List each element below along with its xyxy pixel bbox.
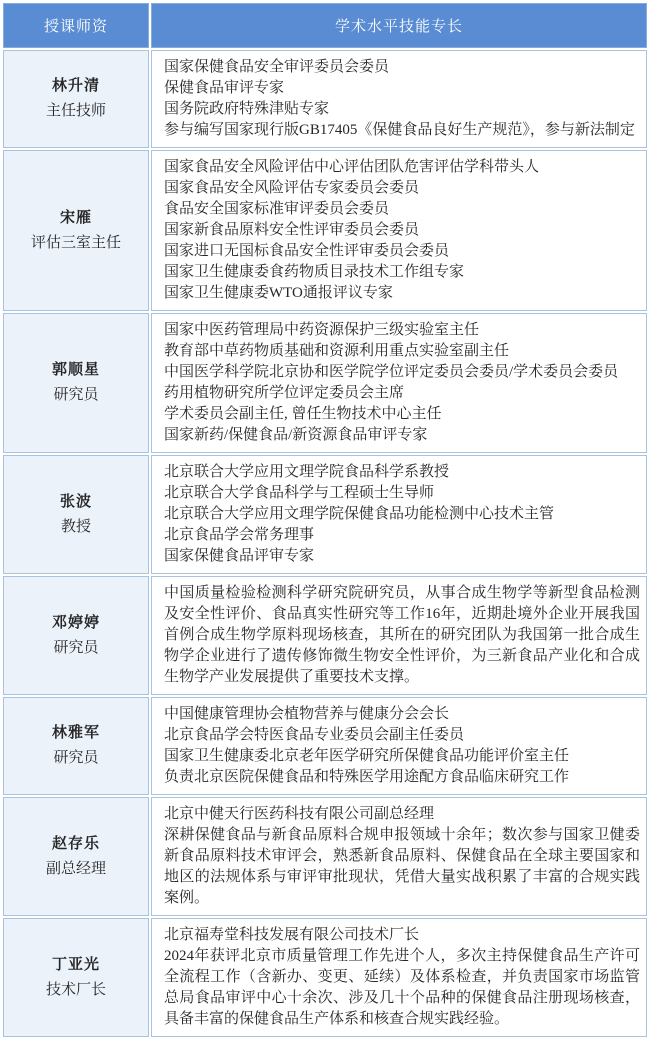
expertise-paragraph: 2024年获评北京市质量管理工作先进个人，多次主持保健食品生产许可全流程工作（含…: [164, 946, 640, 1030]
expertise-item: 国家保健食品评审专家: [164, 546, 640, 567]
faculty-row: 林雅军研究员中国健康管理协会植物营养与健康分会会长北京食品学会特医食品专业委员会…: [3, 697, 647, 795]
faculty-name-cell: 丁亚光技术厂长: [3, 918, 149, 1037]
expertise-cell: 中国质量检验检测科学研究院研究员，从事合成生物学等新型食品检测及安全性评价、食品…: [151, 576, 647, 695]
faculty-row: 丁亚光技术厂长北京福寿堂科技发展有限公司技术厂长2024年获评北京市质量管理工作…: [3, 918, 647, 1037]
expertise-item: 国家卫生健康委北京老年医学研究所保健食品功能评价室主任: [164, 746, 640, 767]
faculty-name: 林雅军: [8, 721, 144, 746]
faculty-name: 张波: [8, 490, 144, 515]
expertise-item: 北京福寿堂科技发展有限公司技术厂长: [164, 925, 640, 946]
faculty-name: 丁亚光: [8, 953, 144, 978]
expertise-cell: 国家保健食品安全审评委员会委员保健食品审评专家国务院政府特殊津贴专家参与编写国家…: [151, 50, 647, 148]
expertise-item: 教育部中草药物质基础和资源利用重点实验室副主任: [164, 341, 640, 362]
expertise-item: 国家卫生健康委食药物质目录技术工作组专家: [164, 262, 640, 283]
expertise-cell: 北京联合大学应用文理学院食品科学系教授北京联合大学食品科学与工程硕士生导师北京联…: [151, 455, 647, 574]
page: 授课师资 学术水平技能专长 林升清主任技师国家保健食品安全审评委员会委员保健食品…: [0, 0, 650, 1040]
faculty-table: 授课师资 学术水平技能专长 林升清主任技师国家保健食品安全审评委员会委员保健食品…: [1, 1, 649, 1039]
expertise-item: 中国健康管理协会植物营养与健康分会会长: [164, 704, 640, 725]
expertise-item: 北京食品学会常务理事: [164, 525, 640, 546]
faculty-row: 邓婷婷研究员中国质量检验检测科学研究院研究员，从事合成生物学等新型食品检测及安全…: [3, 576, 647, 695]
expertise-item: 负责北京医院保健食品和特殊医学用途配方食品临床研究工作: [164, 767, 640, 788]
faculty-name: 林升清: [8, 74, 144, 99]
expertise-item: 国家中医药管理局中药资源保护三级实验室主任: [164, 320, 640, 341]
faculty-job-title: 教授: [8, 515, 144, 540]
expertise-paragraph: 深耕保健食品与新食品原料合规申报领域十余年；数次参与国家卫健委新食品原料技术审评…: [164, 825, 640, 909]
expertise-cell: 国家中医药管理局中药资源保护三级实验室主任教育部中草药物质基础和资源利用重点实验…: [151, 313, 647, 453]
faculty-row: 林升清主任技师国家保健食品安全审评委员会委员保健食品审评专家国务院政府特殊津贴专…: [3, 50, 647, 148]
expertise-item: 国务院政府特殊津贴专家: [164, 99, 640, 120]
expertise-item: 国家新食品原料安全性评审委员会委员: [164, 220, 640, 241]
expertise-item: 中国医学科学院北京协和医学院学位评定委员会委员/学术委员会委员: [164, 362, 640, 383]
faculty-job-title: 研究员: [8, 746, 144, 771]
expertise-item: 参与编写国家现行版GB17405《保健食品良好生产规范》，参与新法制定: [164, 120, 640, 141]
expertise-item: 国家食品安全风险评估专家委员会委员: [164, 178, 640, 199]
faculty-name-cell: 郭顺星研究员: [3, 313, 149, 453]
faculty-name-cell: 赵存乐副总经理: [3, 797, 149, 916]
faculty-name: 郭顺星: [8, 358, 144, 383]
table-header: 授课师资 学术水平技能专长: [3, 3, 647, 48]
faculty-job-title: 研究员: [8, 636, 144, 661]
faculty-job-title: 研究员: [8, 383, 144, 408]
expertise-cell: 北京福寿堂科技发展有限公司技术厂长2024年获评北京市质量管理工作先进个人，多次…: [151, 918, 647, 1037]
expertise-item: 北京联合大学应用文理学院保健食品功能检测中心技术主管: [164, 504, 640, 525]
faculty-name-cell: 林雅军研究员: [3, 697, 149, 795]
faculty-name: 赵存乐: [8, 832, 144, 857]
faculty-name: 邓婷婷: [8, 611, 144, 636]
faculty-row: 郭顺星研究员国家中医药管理局中药资源保护三级实验室主任教育部中草药物质基础和资源…: [3, 313, 647, 453]
expertise-item: 国家进口无国标食品安全性评审委员会委员: [164, 241, 640, 262]
faculty-job-title: 主任技师: [8, 99, 144, 124]
header-expertise-column: 学术水平技能专长: [151, 3, 647, 48]
expertise-item: 学术委员会副主任, 曾任生物技术中心主任: [164, 404, 640, 425]
header-faculty-column: 授课师资: [3, 3, 149, 48]
expertise-item: 北京中健天行医药科技有限公司副总经理: [164, 804, 640, 825]
faculty-job-title: 技术厂长: [8, 978, 144, 1003]
expertise-paragraph: 中国质量检验检测科学研究院研究员，从事合成生物学等新型食品检测及安全性评价、食品…: [164, 583, 640, 688]
expertise-item: 国家保健食品安全审评委员会委员: [164, 57, 640, 78]
expertise-cell: 北京中健天行医药科技有限公司副总经理深耕保健食品与新食品原料合规申报领域十余年；…: [151, 797, 647, 916]
expertise-cell: 国家食品安全风险评估中心评估团队危害评估学科带头人国家食品安全风险评估专家委员会…: [151, 150, 647, 311]
header-row: 授课师资 学术水平技能专长: [3, 3, 647, 48]
faculty-row: 宋雁评估三室主任国家食品安全风险评估中心评估团队危害评估学科带头人国家食品安全风…: [3, 150, 647, 311]
faculty-name-cell: 宋雁评估三室主任: [3, 150, 149, 311]
faculty-job-title: 副总经理: [8, 857, 144, 882]
faculty-job-title: 评估三室主任: [8, 231, 144, 256]
expertise-item: 北京联合大学应用文理学院食品科学系教授: [164, 462, 640, 483]
expertise-item: 药用植物研究所学位评定委员会主席: [164, 383, 640, 404]
faculty-row: 张波教授北京联合大学应用文理学院食品科学系教授北京联合大学食品科学与工程硕士生导…: [3, 455, 647, 574]
expertise-item: 食品安全国家标准审评委员会委员: [164, 199, 640, 220]
expertise-cell: 中国健康管理协会植物营养与健康分会会长北京食品学会特医食品专业委员会副主任委员国…: [151, 697, 647, 795]
faculty-row: 赵存乐副总经理北京中健天行医药科技有限公司副总经理深耕保健食品与新食品原料合规申…: [3, 797, 647, 916]
expertise-item: 国家卫生健康委WTO通报评议专家: [164, 283, 640, 304]
faculty-rows: 林升清主任技师国家保健食品安全审评委员会委员保健食品审评专家国务院政府特殊津贴专…: [3, 50, 647, 1037]
faculty-name-cell: 林升清主任技师: [3, 50, 149, 148]
expertise-item: 国家食品安全风险评估中心评估团队危害评估学科带头人: [164, 157, 640, 178]
expertise-item: 保健食品审评专家: [164, 78, 640, 99]
faculty-name: 宋雁: [8, 206, 144, 231]
faculty-name-cell: 邓婷婷研究员: [3, 576, 149, 695]
expertise-item: 国家新药/保健食品/新资源食品审评专家: [164, 425, 640, 446]
expertise-item: 北京联合大学食品科学与工程硕士生导师: [164, 483, 640, 504]
expertise-item: 北京食品学会特医食品专业委员会副主任委员: [164, 725, 640, 746]
faculty-name-cell: 张波教授: [3, 455, 149, 574]
